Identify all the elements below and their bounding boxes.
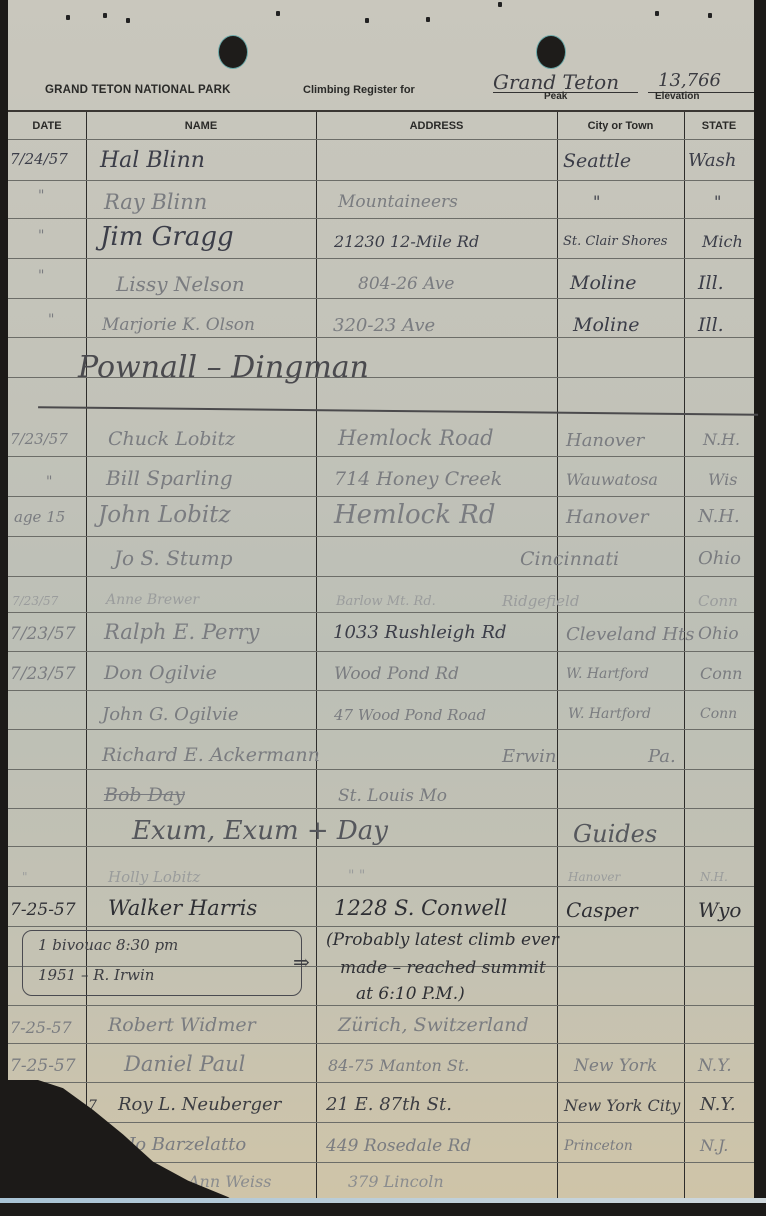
entry-state: Ill. <box>698 272 724 294</box>
ruled-line <box>8 612 754 613</box>
entry-state: Pa. <box>648 746 676 767</box>
entry-state: N.Y. <box>698 1056 732 1076</box>
pin-hole <box>498 2 502 7</box>
entry-name: Bob Day <box>104 784 185 806</box>
entry-city: Seattle <box>563 150 631 172</box>
pin-hole <box>126 18 130 23</box>
entry-name: Bill Sparling <box>106 466 233 490</box>
ruled-line <box>8 769 754 770</box>
entry-date: " <box>46 474 52 490</box>
ruled-line <box>8 218 754 219</box>
entry-date: " <box>22 870 28 884</box>
binder-hole-left <box>219 36 247 68</box>
entry-city: Hanover <box>566 506 649 528</box>
pin-hole <box>655 11 659 16</box>
entry-address: Hemlock Rd <box>334 500 495 530</box>
entry-city: Casper <box>566 898 638 922</box>
ruled-line <box>8 456 754 457</box>
entry-date: " <box>38 188 44 204</box>
ruled-line <box>8 808 754 809</box>
entry-city: New York City <box>564 1096 680 1115</box>
entry-city: Wauwatosa <box>566 470 658 489</box>
entry-address: Mountaineers <box>338 192 458 212</box>
ruled-line <box>8 1043 754 1044</box>
entry-date: " <box>48 312 54 328</box>
entry-state: Conn <box>698 592 738 610</box>
entry-city: Cleveland Hts <box>566 624 695 645</box>
entry-state: N.H. <box>700 870 728 884</box>
entry-address: 21 E. 87th St. <box>326 1094 452 1115</box>
column-header-name: NAME <box>86 120 316 132</box>
entry-city: St. Clair Shores <box>563 234 667 249</box>
entry-city: " <box>593 192 600 211</box>
pin-hole <box>66 15 70 20</box>
entry-name: Jo Barzelatto <box>128 1134 246 1155</box>
entry-address: 379 Lincoln <box>348 1172 444 1191</box>
entry-name: Chuck Lobitz <box>108 428 235 450</box>
entry-name: Don Ogilvie <box>104 662 217 684</box>
column-divider <box>557 112 558 1202</box>
climbing-register-page: GRAND TETON NATIONAL PARK Climbing Regis… <box>8 0 754 1198</box>
ruled-line <box>8 258 754 259</box>
entry-address: 714 Honey Creek <box>334 468 502 490</box>
entry-city: Cincinnati <box>520 548 619 570</box>
entry-state: Conn <box>700 664 742 683</box>
entry-state: Wash <box>688 150 737 171</box>
entry-city: Moline <box>573 314 640 336</box>
entry-name: John G. Ogilvie <box>102 704 239 725</box>
elevation-label: Elevation <box>655 91 699 102</box>
ruled-line <box>8 1122 754 1123</box>
entry-address: 1033 Rushleigh Rd <box>333 622 507 643</box>
entry-date: 7-25-57 <box>10 1018 72 1037</box>
ruled-line <box>8 886 754 887</box>
entry-city: Princeton <box>564 1138 633 1154</box>
ruled-line <box>8 1082 754 1083</box>
pin-hole <box>426 17 430 22</box>
entry-name: Pownall – Dingman <box>78 350 369 385</box>
entry-city: Hanover <box>566 430 644 451</box>
entry-name: Hal Blinn <box>100 148 205 173</box>
register-heading: GRAND TETON NATIONAL PARK Climbing Regis… <box>8 78 754 108</box>
entry-city: Moline <box>570 272 637 294</box>
entry-name: Richard E. Ackermann <box>102 744 320 766</box>
entry-state: Ohio <box>698 624 739 644</box>
entry-name: Daniel Paul <box>124 1052 245 1076</box>
entry-name: Holly Lobitz <box>108 868 200 886</box>
entry-date: 7/23/57 <box>10 664 76 684</box>
entry-address: 21230 12-Mile Rd <box>334 232 479 251</box>
entry-name: Walker Harris <box>108 896 257 920</box>
entry-city: Guides <box>573 820 657 848</box>
frame-edge <box>0 1198 766 1203</box>
entry-name: Jim Gragg <box>100 222 234 252</box>
entry-address: Zürich, Switzerland <box>338 1014 529 1036</box>
entry-name: Ralph E. Perry <box>104 620 259 644</box>
ruled-line <box>8 690 754 691</box>
arrow-icon: ⇒ <box>293 950 310 974</box>
ruled-line <box>8 496 754 497</box>
entry-state: Wis <box>708 470 738 489</box>
entry-name: Robert Widmer <box>108 1014 256 1036</box>
ruled-line <box>8 337 754 338</box>
column-divider <box>86 112 87 1202</box>
bivouac-note-line1: 1 bivouac 8:30 pm <box>38 936 178 954</box>
binder-hole-right <box>537 36 565 68</box>
park-title: GRAND TETON NATIONAL PARK <box>45 84 231 96</box>
column-header-state: STATE <box>684 120 754 132</box>
entry-name: John Lobitz <box>98 502 231 528</box>
entry-state: Ohio <box>698 548 741 569</box>
entry-date: 7/23/57 <box>12 594 58 608</box>
pin-hole <box>365 18 369 23</box>
ruled-line <box>8 139 754 140</box>
entry-address: Wood Pond Rd <box>334 664 459 684</box>
entry-state: N.J. <box>700 1136 728 1155</box>
elevation-value: 13,766 <box>658 70 721 91</box>
column-header-date: DATE <box>8 120 86 132</box>
register-label: Climbing Register for <box>303 84 415 96</box>
column-header-city: City or Town <box>557 120 684 132</box>
entry-state: N.H. <box>703 430 740 449</box>
column-header-address: ADDRESS <box>316 120 557 132</box>
entry-name: Roy L. Neuberger <box>118 1094 281 1115</box>
entry-address: " " <box>348 868 365 884</box>
entry-address: 1228 S. Conwell <box>334 896 507 920</box>
entry-date: 7-25-57 <box>10 1056 76 1076</box>
entry-city: New York <box>574 1056 657 1076</box>
entry-city: Hanover <box>568 870 620 884</box>
entry-address: 449 Rosedale Rd <box>326 1136 471 1156</box>
entry-name: Lissy Nelson <box>116 272 245 296</box>
summit-note-line3: at 6:10 P.M.) <box>356 984 465 1004</box>
entry-state: Mich <box>702 232 743 251</box>
entry-name: Anne Brewer <box>106 592 199 608</box>
pin-hole <box>276 11 280 16</box>
entry-name: Exum, Exum + Day <box>132 816 388 846</box>
entry-state: " <box>714 192 721 211</box>
ruled-line <box>8 576 754 577</box>
header-rule <box>8 110 754 112</box>
entry-name: Jo S. Stump <box>114 546 233 570</box>
entry-city: Ridgefield <box>502 592 579 610</box>
entry-address: 84-75 Manton St. <box>328 1056 469 1075</box>
entry-state: N.H. <box>698 506 740 527</box>
entry-state: Ill. <box>698 314 724 336</box>
entry-date: 7/24/57 <box>10 150 68 168</box>
entry-state: Conn <box>700 706 737 722</box>
ruled-line <box>8 180 754 181</box>
bivouac-note-line2: 1951 – R. Irwin <box>38 966 154 984</box>
ruled-line <box>8 651 754 652</box>
entry-date: 7/23/57 <box>10 430 68 448</box>
entry-city: W. Hartford <box>566 666 649 682</box>
pen-stroke-divider <box>38 406 758 428</box>
entry-address: Barlow Mt. Rd. <box>336 594 436 609</box>
entry-state: Wyo <box>698 898 741 922</box>
column-divider <box>684 112 685 1202</box>
entry-name: Marjorie K. Olson <box>102 315 255 335</box>
ruled-line <box>8 1005 754 1006</box>
column-divider <box>316 112 317 1202</box>
entry-city: Erwin <box>502 746 557 767</box>
pin-hole <box>708 13 712 18</box>
entry-name: Ray Blinn <box>104 190 207 214</box>
entry-state: N.Y. <box>700 1094 736 1115</box>
entry-address: St. Louis Mo <box>338 786 447 806</box>
entry-address: Hemlock Road <box>338 426 494 450</box>
entry-date: 7-25-57 <box>10 900 76 920</box>
ruled-line <box>8 536 754 537</box>
entry-date: 7/23/57 <box>10 624 76 644</box>
entry-date: age 15 <box>14 508 65 526</box>
entry-date: " <box>38 268 44 284</box>
ruled-line <box>8 298 754 299</box>
entry-city: W. Hartford <box>568 706 651 722</box>
ruled-line <box>8 729 754 730</box>
ruled-line <box>8 926 754 927</box>
entry-address: 320-23 Ave <box>333 315 435 336</box>
pin-hole <box>103 13 107 18</box>
peak-label: Peak <box>544 91 567 102</box>
entry-date: " <box>38 228 44 244</box>
entry-address: 804-26 Ave <box>358 274 454 294</box>
summit-note-line2: made – reached summit <box>340 958 546 978</box>
summit-note-line1: (Probably latest climb ever <box>326 930 559 950</box>
entry-address: 47 Wood Pond Road <box>334 706 486 724</box>
